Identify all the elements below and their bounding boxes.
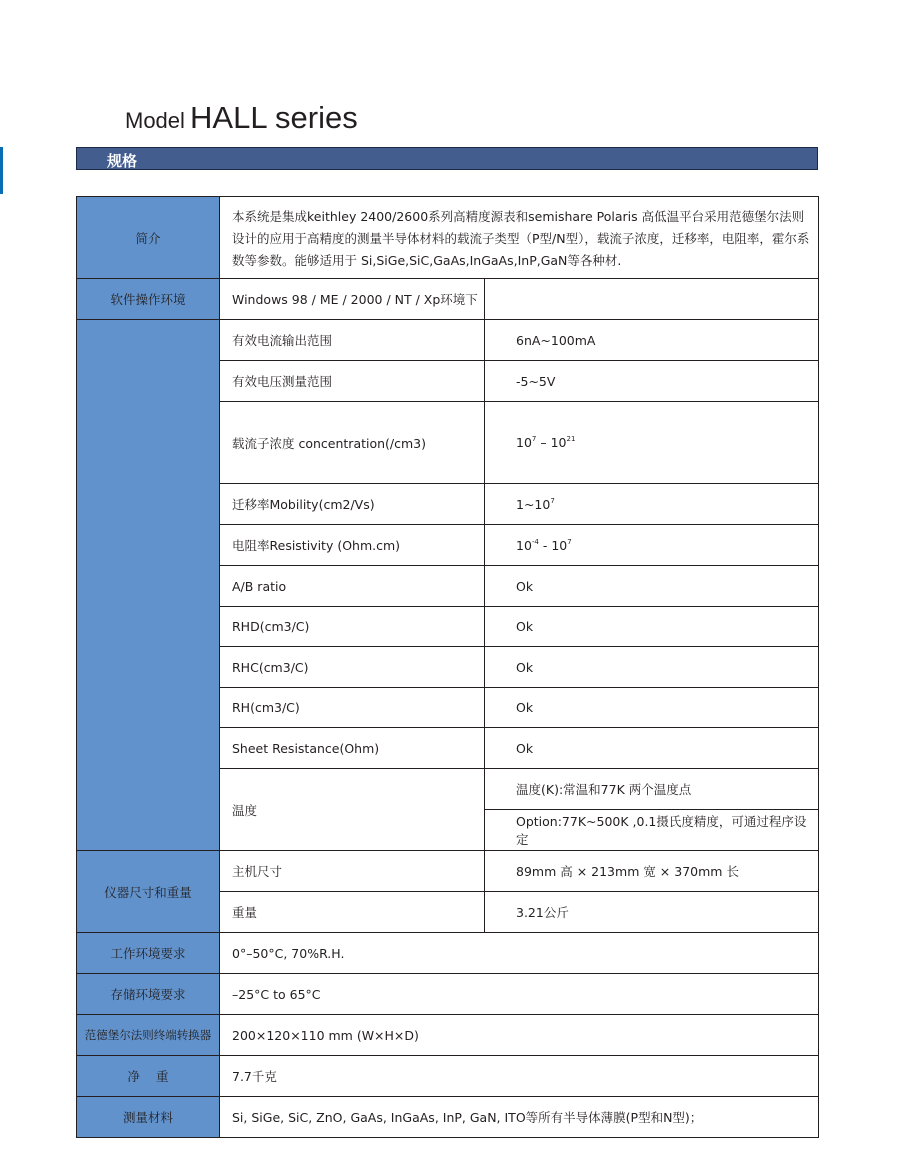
value-base: 10	[551, 435, 567, 450]
param-value: 107 – 1021	[485, 402, 819, 484]
value-exponent: 7	[550, 497, 554, 505]
value-base: 10	[516, 435, 532, 450]
dimension-name: 重量	[220, 892, 485, 933]
param-value: Ok	[485, 647, 819, 688]
temperature-value: Option:77K~500K ,0.1摄氏度精度，可通过程序设定	[485, 810, 819, 851]
software-extra	[485, 279, 819, 320]
dimension-name: 主机尺寸	[220, 851, 485, 892]
converter-value: 200×120×110 mm (W×H×D)	[220, 1015, 819, 1056]
value-exponent: -4	[532, 538, 539, 546]
param-name: A/B ratio	[220, 566, 485, 607]
table-row: 净 重 7.7千克	[77, 1056, 819, 1097]
row-header-params	[77, 320, 220, 851]
materials-value: Si, SiGe, SiC, ZnO, GaAs, InGaAs, InP, G…	[220, 1097, 819, 1138]
value-separator: –	[536, 435, 550, 450]
table-row: 工作环境要求 0°–50°C, 70%R.H.	[77, 933, 819, 974]
param-name: RHD(cm3/C)	[220, 607, 485, 647]
param-value: -5~5V	[485, 361, 819, 402]
param-value: Ok	[485, 566, 819, 607]
table-row: 范德堡尔法则终端转换器 200×120×110 mm (W×H×D)	[77, 1015, 819, 1056]
row-header-net-weight: 净 重	[77, 1056, 220, 1097]
param-name: 有效电流输出范围	[220, 320, 485, 361]
temperature-name: 温度	[220, 769, 485, 851]
value-base: 10	[516, 538, 532, 553]
param-value: 10-4 - 107	[485, 525, 819, 566]
storage-env-value: –25°C to 65°C	[220, 974, 819, 1015]
param-name: 有效电压测量范围	[220, 361, 485, 402]
table-row: 有效电流输出范围 6nA~100mA	[77, 320, 819, 361]
value-separator: -	[539, 538, 551, 553]
table-row: 简介 本系统是集成keithley 2400/2600系列高精度源表和semis…	[77, 197, 819, 279]
net-weight-value: 7.7千克	[220, 1056, 819, 1097]
row-header-converter: 范德堡尔法则终端转换器	[77, 1015, 220, 1056]
temperature-value: 温度(K):常温和77K 两个温度点	[485, 769, 819, 810]
param-value: Ok	[485, 688, 819, 728]
row-header-storage-env: 存储环境要求	[77, 974, 220, 1015]
spec-table: 简介 本系统是集成keithley 2400/2600系列高精度源表和semis…	[76, 196, 819, 1138]
param-value: 1~107	[485, 484, 819, 525]
row-header-work-env: 工作环境要求	[77, 933, 220, 974]
row-header-materials: 测量材料	[77, 1097, 220, 1138]
work-env-value: 0°–50°C, 70%R.H.	[220, 933, 819, 974]
table-row: 软件操作环境 Windows 98 / ME / 2000 / NT / Xp环…	[77, 279, 819, 320]
value-exponent: 7	[567, 538, 571, 546]
title-series: HALL series	[190, 100, 358, 135]
param-name: RHC(cm3/C)	[220, 647, 485, 688]
row-header-dimensions: 仪器尺寸和重量	[77, 851, 220, 933]
intro-text: 本系统是集成keithley 2400/2600系列高精度源表和semishar…	[220, 197, 819, 279]
dimension-value: 89mm 高 × 213mm 宽 × 370mm 长	[485, 851, 819, 892]
table-row: 仪器尺寸和重量 主机尺寸 89mm 高 × 213mm 宽 × 370mm 长	[77, 851, 819, 892]
param-name: 载流子浓度 concentration(/cm3)	[220, 402, 485, 484]
table-row: 测量材料 Si, SiGe, SiC, ZnO, GaAs, InGaAs, I…	[77, 1097, 819, 1138]
section-title: 规格	[107, 150, 137, 171]
software-value: Windows 98 / ME / 2000 / NT / Xp环境下	[220, 279, 485, 320]
value-base: 1~10	[516, 497, 550, 512]
table-row: 存储环境要求 –25°C to 65°C	[77, 974, 819, 1015]
page-title: Model HALL series	[125, 100, 358, 136]
row-header-software: 软件操作环境	[77, 279, 220, 320]
param-name: Sheet Resistance(Ohm)	[220, 728, 485, 769]
value-exponent: 21	[566, 435, 575, 443]
left-edge-mark	[0, 147, 3, 194]
param-value: Ok	[485, 607, 819, 647]
param-name: RH(cm3/C)	[220, 688, 485, 728]
row-header-intro: 简介	[77, 197, 220, 279]
section-header-bar: 规格	[76, 147, 818, 170]
dimension-value: 3.21公斤	[485, 892, 819, 933]
value-base: 10	[551, 538, 567, 553]
param-name: 电阻率Resistivity (Ohm.cm)	[220, 525, 485, 566]
param-value: Ok	[485, 728, 819, 769]
param-value: 6nA~100mA	[485, 320, 819, 361]
param-name: 迁移率Mobility(cm2/Vs)	[220, 484, 485, 525]
title-model: Model	[125, 108, 185, 133]
